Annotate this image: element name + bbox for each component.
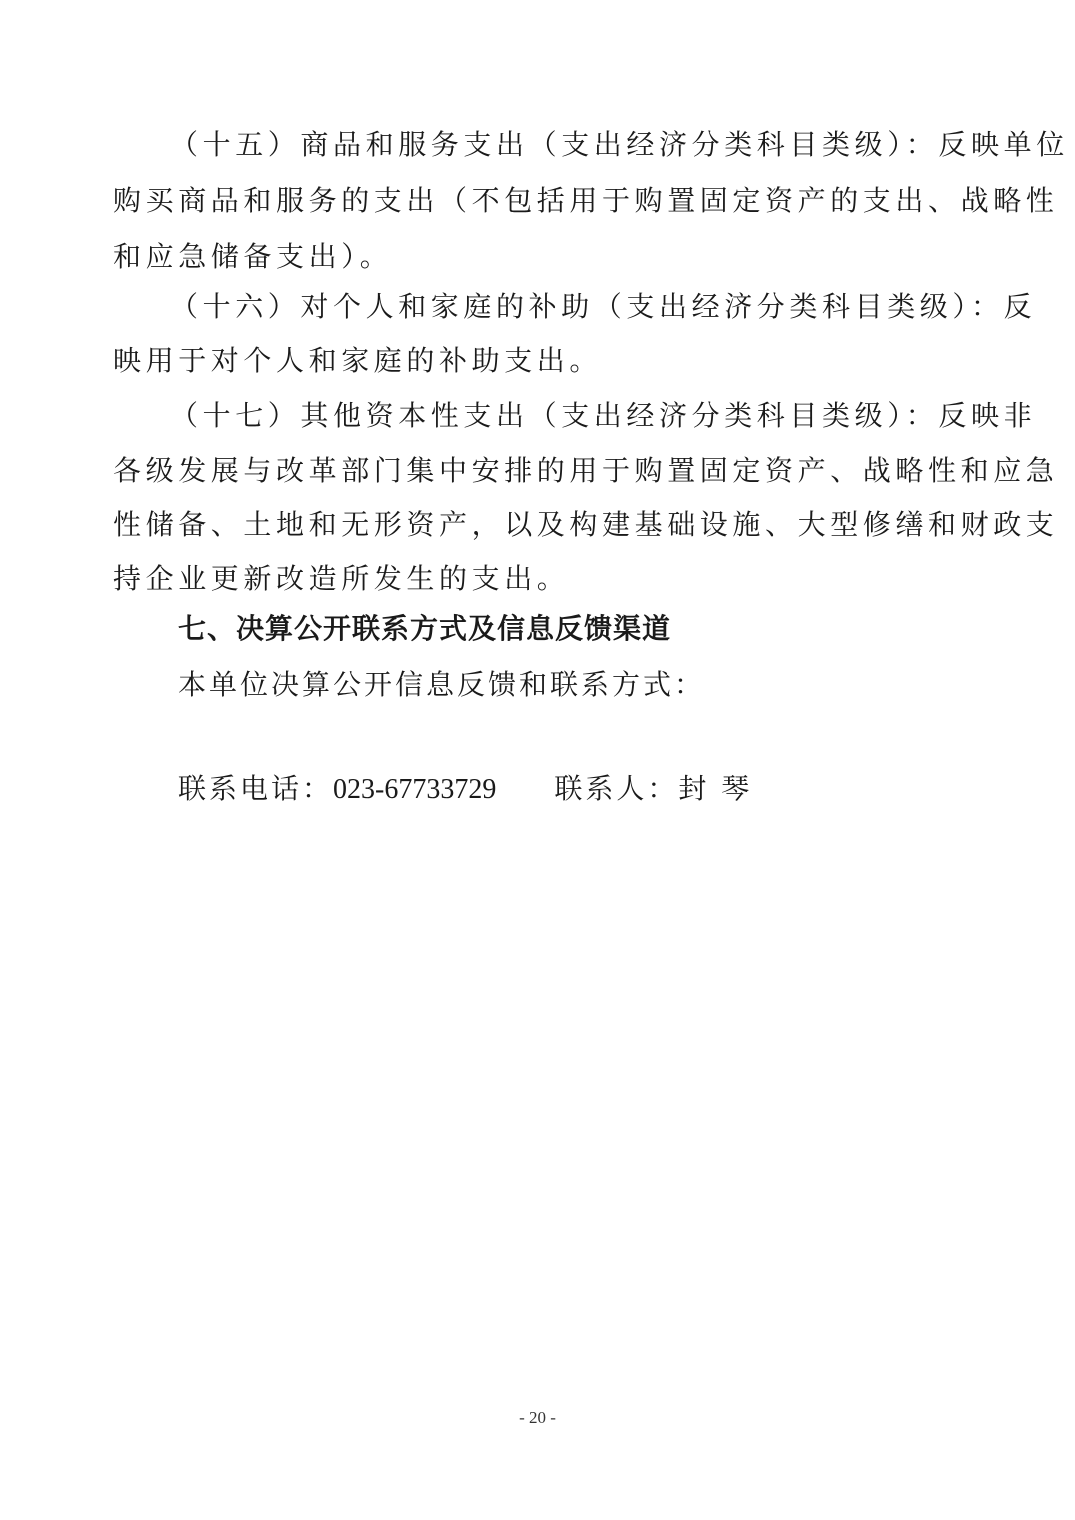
paragraph-item-15-line-2: 购买商品和服务的支出（不包括用于购置固定资产的支出、战略性 bbox=[113, 184, 963, 218]
paragraph-item-15-line-3: 和应急储备支出）。 bbox=[113, 240, 963, 274]
page-number: - 20 - bbox=[0, 1408, 1075, 1428]
phone-number: 023-67733729 bbox=[333, 774, 496, 805]
contact-intro: 本单位决算公开信息反馈和联系方式： bbox=[178, 668, 1028, 702]
contact-person-label: 联系人： bbox=[554, 772, 678, 805]
paragraph-item-17-line-1: （十七）其他资本性支出（支出经济分类科目类级）：反映非 bbox=[170, 399, 963, 433]
paragraph-item-17-line-4: 持企业更新改造所发生的支出。 bbox=[113, 562, 963, 596]
section-heading: 七、决算公开联系方式及信息反馈渠道 bbox=[178, 612, 671, 646]
phone-label: 联系电话： bbox=[178, 772, 333, 805]
paragraph-item-16-line-1: （十六）对个人和家庭的补助（支出经济分类科目类级）：反 bbox=[170, 290, 963, 324]
paragraph-item-15-line-1: （十五）商品和服务支出（支出经济分类科目类级）：反映单位 bbox=[170, 128, 963, 162]
paragraph-item-17-line-3: 性储备、土地和无形资产，以及构建基础设施、大型修缮和财政支 bbox=[113, 508, 963, 542]
contact-person-name: 封 琴 bbox=[678, 772, 752, 805]
document-page: （十五）商品和服务支出（支出经济分类科目类级）：反映单位 购买商品和服务的支出（… bbox=[0, 0, 1075, 1520]
paragraph-item-16-line-2: 映用于对个人和家庭的补助支出。 bbox=[113, 344, 963, 378]
paragraph-item-17-line-2: 各级发展与改革部门集中安排的用于购置固定资产、战略性和应急 bbox=[113, 454, 963, 488]
contact-info: 联系电话：023-67733729联系人：封 琴 bbox=[178, 772, 752, 807]
